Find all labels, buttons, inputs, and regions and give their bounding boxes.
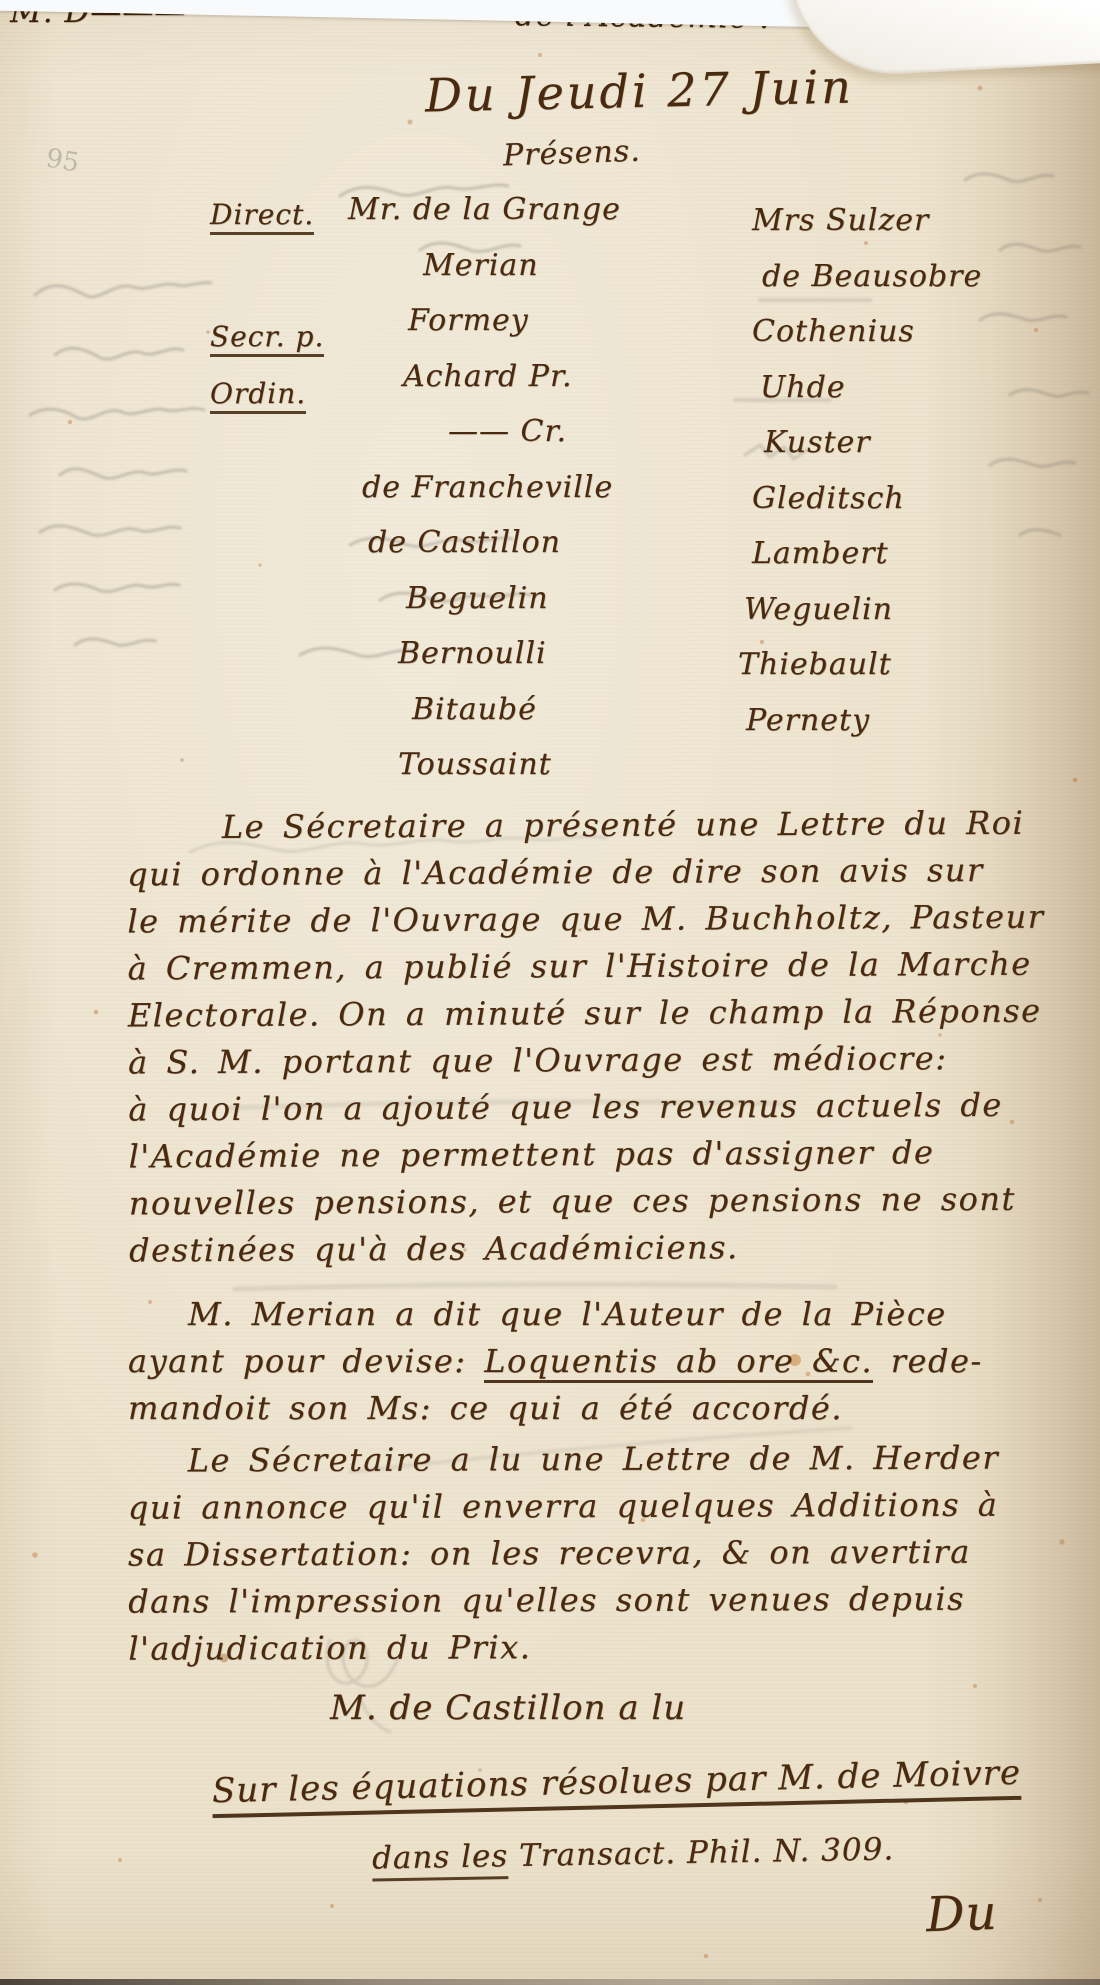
manuscript-line: ayant pour devise: Loquentis ab ore &c. … [128, 1342, 1078, 1389]
attendee-name: Pernety [746, 703, 982, 759]
reading-intro-line: M. de Castillon a lu [330, 1688, 686, 1728]
attendee-name: Toussaint [398, 747, 621, 803]
attendee-name: Lambert [752, 536, 982, 592]
role-label-ordinary: Ordin. [210, 377, 306, 414]
minutes-paragraph-royal-letter: Le Sécretaire a présenté une Lettre du R… [127, 804, 1079, 1279]
attendee-name: Achard Pr. [403, 359, 621, 415]
manuscript-line: nouvelles pensions, et que ces pensions … [129, 1180, 1079, 1232]
manuscript-line: à Cremmen, a publié sur l'Histoire de la… [128, 945, 1078, 997]
attendee-name: Mrs Sulzer [752, 203, 982, 259]
manuscript-page: M. D——— ——— de l'Academie . 95 Du Jeudi … [0, 0, 1100, 1985]
manuscript-line: M. Merian a dit que l'Auteur de la Pièce [128, 1295, 1078, 1342]
attendees-left-column: Mr. de la Grange Merian Formey Achard Pr… [348, 192, 621, 803]
role-label-secretary: Secr. p. [210, 320, 324, 357]
attendee-name: Bitaubé [412, 692, 621, 748]
attendee-name: de Castillon [368, 525, 621, 581]
attendee-name: de Beausobre [762, 259, 982, 315]
manuscript-line: à quoi l'on a ajouté que les revenus act… [128, 1086, 1078, 1138]
manuscript-line: Le Sécretaire a lu une Lettre de M. Herd… [128, 1438, 1078, 1488]
scan-edge-bottom [0, 1979, 1100, 1985]
attendee-name: de Francheville [362, 470, 621, 526]
minutes-paragraph-herder: Le Sécretaire a lu une Lettre de M. Herd… [128, 1438, 1079, 1676]
manuscript-line: mandoit son Ms: ce qui a été accordé. [128, 1389, 1078, 1436]
manuscript-line: qui annonce qu'il enverra quelques Addit… [128, 1485, 1078, 1535]
manuscript-line: Electorale. On a minuté sur le champ la … [128, 992, 1078, 1044]
manuscript-line: le mérite de l'Ouvrage que M. Buchholtz,… [127, 898, 1077, 950]
attendee-name: Beguelin [406, 581, 621, 637]
attendee-name: Formey [408, 303, 621, 359]
presens-heading: Présens. [502, 134, 641, 174]
manuscript-line: à S. M. portant que l'Ouvrage est médioc… [128, 1039, 1078, 1091]
catchword: Du [925, 1885, 998, 1943]
attendee-name: —— Cr. [448, 414, 621, 470]
attendee-name: Bernoulli [398, 636, 621, 692]
role-label-director: Direct. [210, 198, 314, 235]
manuscript-line: l'Académie ne permettent pas d'assigner … [128, 1133, 1078, 1185]
minutes-paragraph-merian: M. Merian a dit que l'Auteur de la Pièce… [128, 1295, 1078, 1436]
date-heading: Du Jeudi 27 Juin [424, 60, 854, 123]
attendee-name: Merian [423, 248, 621, 304]
attendee-name: Kuster [764, 425, 982, 481]
manuscript-line: qui ordonne à l'Académie de dire son avi… [127, 851, 1077, 903]
manuscript-line: l'adjudication du Prix. [128, 1626, 1078, 1676]
reference-rest: Transact. Phil. N. 309. [508, 1831, 895, 1874]
line-text: ayant pour devise: [128, 1342, 484, 1380]
attendee-name: Mr. de la Grange [348, 192, 621, 248]
attendees-right-column: Mrs Sulzer de Beausobre Cothenius Uhde K… [752, 203, 982, 758]
attendee-name: Thiebault [738, 647, 982, 703]
manuscript-line: sa Dissertation: on les recevra, & on av… [128, 1532, 1078, 1582]
reference-underlined-part: dans les [372, 1838, 509, 1881]
margin-numeral: 95 [44, 143, 82, 178]
attendee-name: Weguelin [744, 592, 982, 648]
manuscript-line: Le Sécretaire a présenté une Lettre du R… [127, 804, 1077, 856]
underlined-motto: Loquentis ab ore &c. [484, 1342, 873, 1383]
attendee-name: Uhde [760, 370, 982, 426]
manuscript-line: destinées qu'à des Académiciens. [129, 1227, 1079, 1279]
attendee-name: Cothenius [752, 314, 982, 370]
line-text: rede- [873, 1342, 983, 1380]
attendee-name: Gleditsch [752, 481, 982, 537]
manuscript-line: dans l'impression qu'elles sont venues d… [128, 1579, 1078, 1629]
